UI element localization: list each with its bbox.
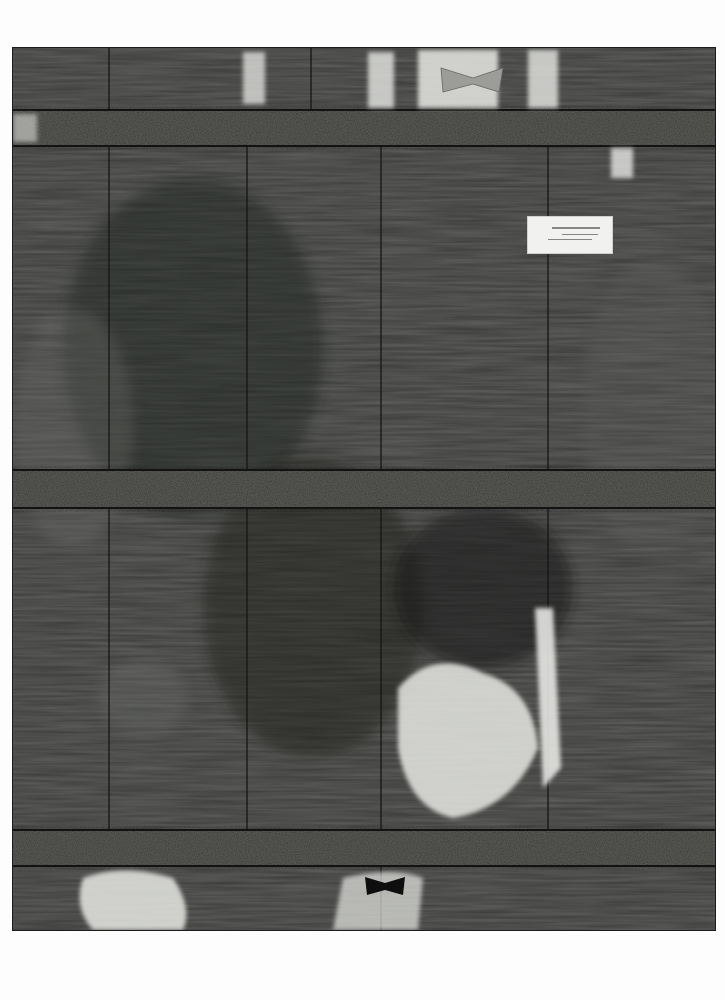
label-text-line: [548, 239, 592, 240]
paper-label: [527, 216, 613, 254]
panel-texture: [13, 48, 715, 930]
label-text-line: [562, 234, 598, 235]
label-text-line: [552, 227, 600, 229]
wooden-panel-back: [13, 48, 715, 930]
panel-photograph: [0, 0, 725, 1000]
